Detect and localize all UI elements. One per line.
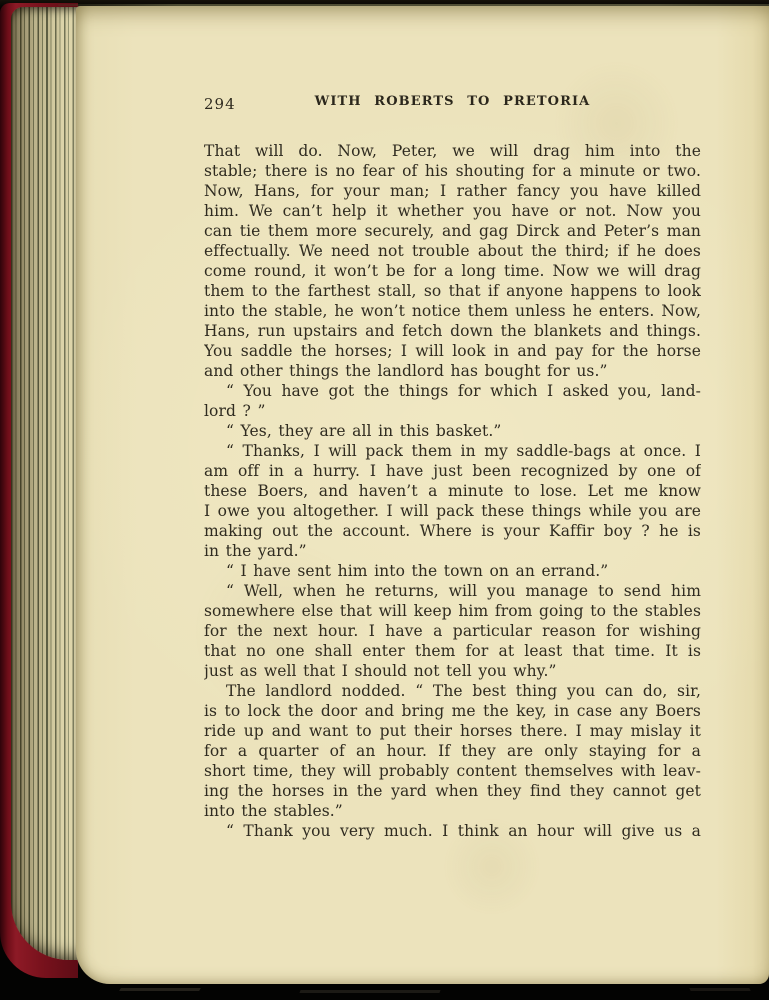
paragraph: “ Thanks, I will pack them in my saddle-… (204, 441, 701, 561)
printed-area: 294 WITH ROBERTS TO PRETORIA That will d… (204, 94, 701, 841)
text-line: is to lock the door and bring me the key… (204, 701, 701, 721)
page-header: 294 WITH ROBERTS TO PRETORIA (204, 94, 701, 112)
text-line: “ Thank you very much. I think an hour w… (204, 821, 701, 841)
paragraph: The landlord nodded. “ The best thing yo… (204, 681, 701, 821)
text-line: short time, they will probably content t… (204, 761, 701, 781)
page-edges-stack (11, 7, 78, 960)
text-line: these Boers, and haven’t a minute to los… (204, 481, 701, 501)
text-line: The landlord nodded. “ The best thing yo… (204, 681, 701, 701)
paragraph: That will do. Now, Peter, we will drag h… (204, 141, 701, 381)
text-line: lord ? ” (204, 401, 701, 421)
text-line: effectually. We need not trouble about t… (204, 241, 701, 261)
text-line: ride up and want to put their horses the… (204, 721, 701, 741)
text-line: into the stables.” (204, 801, 701, 821)
text-line: making out the account. Where is your Ka… (204, 521, 701, 541)
text-line: You saddle the horses; I will look in an… (204, 341, 701, 361)
surface-glint (119, 988, 201, 991)
text-line: “ Well, when he returns, will you manage… (204, 581, 701, 601)
text-line: ing the horses in the yard when they fin… (204, 781, 701, 801)
text-line: them to the farthest stall, so that if a… (204, 281, 701, 301)
running-title: WITH ROBERTS TO PRETORIA (204, 94, 701, 109)
paragraph: “ Well, when he returns, will you manage… (204, 581, 701, 681)
text-line: Hans, run upstairs and fetch down the bl… (204, 321, 701, 341)
text-line: for a quarter of an hour. If they are on… (204, 741, 701, 761)
text-line: and other things the landlord has bought… (204, 361, 701, 381)
text-line: That will do. Now, Peter, we will drag h… (204, 141, 701, 161)
body-text: That will do. Now, Peter, we will drag h… (204, 141, 701, 841)
page-number: 294 (204, 95, 236, 113)
paragraph: “ You have got the things for which I as… (204, 381, 701, 421)
text-line: am off in a hurry. I have just been reco… (204, 461, 701, 481)
book-scan-scene: 294 WITH ROBERTS TO PRETORIA That will d… (0, 0, 769, 1000)
text-line: “ Thanks, I will pack them in my saddle-… (204, 441, 701, 461)
text-line: “ I have sent him into the town on an er… (204, 561, 701, 581)
text-line: “ Yes, they are all in this basket.” (204, 421, 701, 441)
paragraph: “ Yes, they are all in this basket.” (204, 421, 701, 441)
paragraph: “ I have sent him into the town on an er… (204, 561, 701, 581)
text-line: him. We can’t help it whether you have o… (204, 201, 701, 221)
surface-glint (299, 990, 440, 993)
book-page: 294 WITH ROBERTS TO PRETORIA That will d… (76, 6, 769, 984)
text-line: come round, it won’t be for a long time.… (204, 261, 701, 281)
text-line: can tie them more securely, and gag Dirc… (204, 221, 701, 241)
text-line: for the next hour. I have a particular r… (204, 621, 701, 641)
text-line: that no one shall enter them for at leas… (204, 641, 701, 661)
text-line: into the stable, he won’t notice them un… (204, 301, 701, 321)
paragraph: “ Thank you very much. I think an hour w… (204, 821, 701, 841)
text-line: in the yard.” (204, 541, 701, 561)
surface-glint (689, 988, 750, 991)
text-line: Now, Hans, for your man; I rather fancy … (204, 181, 701, 201)
text-line: I owe you altogether. I will pack these … (204, 501, 701, 521)
text-line: just as well that I should not tell you … (204, 661, 701, 681)
text-line: stable; there is no fear of his shouting… (204, 161, 701, 181)
text-line: “ You have got the things for which I as… (204, 381, 701, 401)
text-line: somewhere else that will keep him from g… (204, 601, 701, 621)
